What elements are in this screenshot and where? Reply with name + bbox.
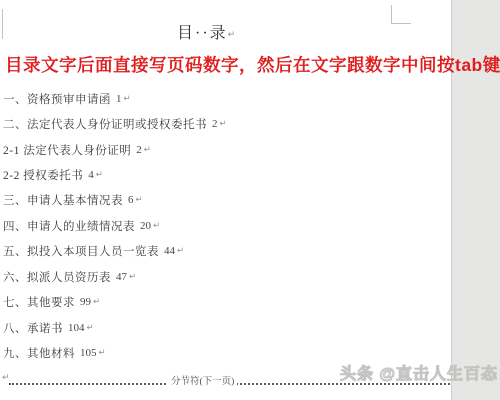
paragraph-mark-icon: ↵	[99, 348, 106, 358]
instruction-annotation: 目录文字后面直接写页码数字，然后在文字跟数字中间按tab键一次	[5, 52, 500, 77]
paragraph-mark-icon: ↵	[153, 221, 160, 231]
toc-entry-page-number[interactable]: 105	[80, 347, 97, 359]
paragraph-mark-icon: ↵	[177, 246, 184, 256]
toc-row[interactable]: 2-1 法定代表人身份证明2↵	[3, 137, 440, 162]
toc-row[interactable]: 三、申请人基本情况表6↵	[3, 188, 440, 213]
paragraph-mark-icon: ↵	[144, 145, 151, 155]
toc-entry-page-number[interactable]: 6	[128, 194, 134, 206]
paragraph-mark-icon: ↵	[96, 170, 103, 180]
paragraph-mark-icon: ↵	[124, 94, 131, 104]
toc-entry-page-number[interactable]: 1	[116, 93, 122, 105]
toc-entry-page-number[interactable]: 104	[68, 322, 85, 334]
paragraph-mark-icon: ↵	[87, 323, 94, 333]
toc-entry-label[interactable]: 2-2 授权委托书	[3, 167, 83, 183]
text-boundary-mark-top-right	[391, 5, 411, 24]
paragraph-mark-icon: ↵	[228, 30, 236, 40]
paragraph-mark-icon: ↵	[129, 272, 136, 282]
toc-entry-page-number[interactable]: 99	[80, 296, 91, 308]
toc-entry-label[interactable]: 七、其他要求	[3, 294, 75, 310]
toc-row[interactable]: 七、其他要求99↵	[3, 290, 440, 315]
toc-row[interactable]: 五、拟投入本项目人员一览表44↵	[3, 239, 440, 264]
toc-entry-label[interactable]: 六、拟派人员资历表	[3, 269, 111, 285]
toc-entry-page-number[interactable]: 20	[140, 220, 151, 232]
toc-list: 一、资格预审申请函1↵二、法定代表人身份证明或授权委托书2↵2-1 法定代表人身…	[3, 86, 440, 366]
paragraph-mark-icon: ↵	[136, 195, 143, 205]
toc-entry-label[interactable]: 2-1 法定代表人身份证明	[3, 142, 131, 158]
section-break-label: 分节符(下一页)	[168, 373, 237, 387]
title-text[interactable]: 目··录	[177, 25, 228, 42]
toc-entry-label[interactable]: 三、申请人基本情况表	[3, 192, 123, 208]
paragraph-mark-icon: ↵	[93, 297, 100, 307]
toc-entry-label[interactable]: 二、法定代表人身份证明或授权委托书	[3, 116, 207, 132]
toc-row[interactable]: 八、承诺书104↵	[3, 315, 440, 340]
toc-entry-label[interactable]: 五、拟投入本项目人员一览表	[3, 243, 159, 259]
paragraph-mark-icon: ↵	[220, 119, 227, 129]
toc-entry-label[interactable]: 九、其他材料	[3, 345, 75, 361]
toc-row[interactable]: 二、法定代表人身份证明或授权委托书2↵	[3, 111, 440, 136]
word-document-view: { "document": { "title": "目··录", "pilcro…	[0, 0, 500, 400]
toc-row[interactable]: 一、资格预审申请函1↵	[3, 86, 440, 111]
toc-entry-label[interactable]: 一、资格预审申请函	[3, 91, 111, 107]
toc-row[interactable]: 四、申请人的业绩情况表20↵	[3, 213, 440, 238]
toc-entry-page-number[interactable]: 2	[212, 118, 218, 130]
toc-entry-page-number[interactable]: 4	[88, 169, 94, 181]
toc-entry-page-number[interactable]: 2	[136, 144, 142, 156]
toc-entry-page-number[interactable]: 44	[164, 245, 175, 257]
text-boundary-mark-top-left	[2, 9, 13, 39]
toc-entry-label[interactable]: 八、承诺书	[3, 320, 63, 336]
toutiao-watermark: 头条 @直击人生百态	[340, 361, 498, 384]
toc-row[interactable]: 2-2 授权委托书4↵	[3, 162, 440, 187]
toc-entry-label[interactable]: 四、申请人的业绩情况表	[3, 218, 135, 234]
document-title[interactable]: 目··录↵	[177, 20, 235, 43]
toc-entry-page-number[interactable]: 47	[116, 271, 127, 283]
toc-row[interactable]: 六、拟派人员资历表47↵	[3, 264, 440, 289]
